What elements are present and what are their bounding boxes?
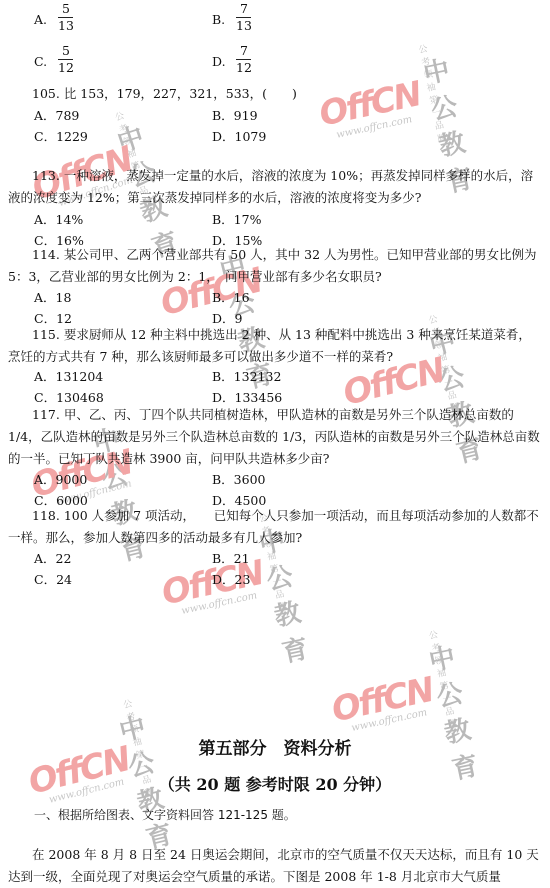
option-b: B．17% [212,210,261,228]
fraction-option-c: 5 12 [58,44,74,75]
question-113: 113. 一种溶液，蒸发掉一定量的水后，溶液的浓度为 10%；再蒸发掉同样多样的… [8,165,543,209]
watermark-slogan: 公考领袖第一品牌 [428,627,458,731]
option-a: A．18 [34,288,71,306]
question-number: 105. [32,86,60,101]
section-subtitle: （共 20 题 参考时限 20 分钟） [0,772,550,795]
question-114: 114. 某公司甲、乙两个营业部共有 50 人，其中 32 人为男性。已知甲营业… [8,244,543,288]
watermark-brand: 中公教育 [425,636,481,786]
question-text: 比 153，179，227，321，533，( ) [64,86,297,101]
question-117: 117. 甲、乙、丙、丁四个队共同植树造林，甲队造林的亩数是另外三个队造林总亩数… [8,404,543,470]
fraction-option-b: 7 13 [236,2,252,33]
question-text: 100 人参加 7 项活动， 已知每个人只参加一项活动，而且每项活动参加的人数都… [8,508,539,545]
option-a: A．131204 [34,367,103,385]
question-text: 一种溶液，蒸发掉一定量的水后，溶液的浓度为 10%；再蒸发掉同样多样的水后，溶液… [8,168,533,205]
watermark-logo: OffCN [328,670,436,730]
option-d: D．23 [212,570,250,588]
option-label: C. [34,54,47,69]
fraction-option-d: 7 12 [236,44,252,75]
option-b: B．16 [212,288,250,306]
denominator: 12 [236,61,252,75]
section-title: 第五部分 资料分析 [0,734,550,759]
numerator: 5 [61,44,71,58]
numerator: 5 [61,2,71,16]
numerator: 7 [239,44,249,58]
option-a: A．9000 [34,470,87,488]
question-text: 某公司甲、乙两个营业部共有 50 人，其中 32 人为男性。已知甲营业部的男女比… [8,247,537,284]
denominator: 12 [58,61,74,75]
option-a: A．22 [34,549,71,567]
watermark-url: www.offcn.com [335,114,413,141]
option-b: B．132132 [212,367,281,385]
numerator: 7 [239,2,249,16]
question-number: 117. [32,407,60,422]
question-118: 118. 100 人参加 7 项活动， 已知每个人只参加一项活动，而且每项活动参… [8,505,543,549]
option-b: B．21 [212,549,250,567]
question-text: 甲、乙、丙、丁四个队共同植树造林，甲队造林的亩数是另外三个队造林总亩数的 1/4… [8,407,540,466]
option-a: A．14% [34,210,83,228]
denominator: 13 [236,19,252,33]
question-number: 114. [32,247,60,262]
option-label: A. [34,12,47,27]
section-instruction: 一、根据所给图表、文字资料回答 121-125 题。 [34,806,296,823]
question-115: 115. 要求厨师从 12 种主料中挑选出 2 种、从 13 种配料中挑选出 3… [8,324,543,368]
option-label: D. [212,54,226,69]
option-b: B．3600 [212,470,266,488]
option-c: C．1229 [34,127,88,145]
option-b: B．919 [212,106,258,124]
question-number: 118. [32,508,60,523]
watermark-logo: OffCN [316,74,424,134]
section-passage: 在 2008 年 8 月 8 日至 24 日奥运会期间，北京市的空气质量不仅天天… [8,844,543,888]
option-d: D．1079 [212,127,266,145]
option-label: B. [212,12,225,27]
option-c: C．24 [34,570,72,588]
watermark-slogan: 公考领袖第一品牌 [417,41,447,145]
watermark-url: www.offcn.com [350,707,428,734]
passage-text: 在 2008 年 8 月 8 日至 24 日奥运会期间，北京市的空气质量不仅天天… [8,847,539,884]
option-a: A．789 [34,106,79,124]
question-105: 105. 比 153，179，227，321，533，( ) [32,84,297,102]
question-text: 要求厨师从 12 种主料中挑选出 2 种、从 13 种配料中挑选出 3 种来烹饪… [8,327,531,364]
question-number: 115. [32,327,60,342]
watermark-url: www.offcn.com [180,590,258,617]
denominator: 13 [58,19,74,33]
question-number: 113. [32,168,60,183]
fraction-option-a: 5 13 [58,2,74,33]
